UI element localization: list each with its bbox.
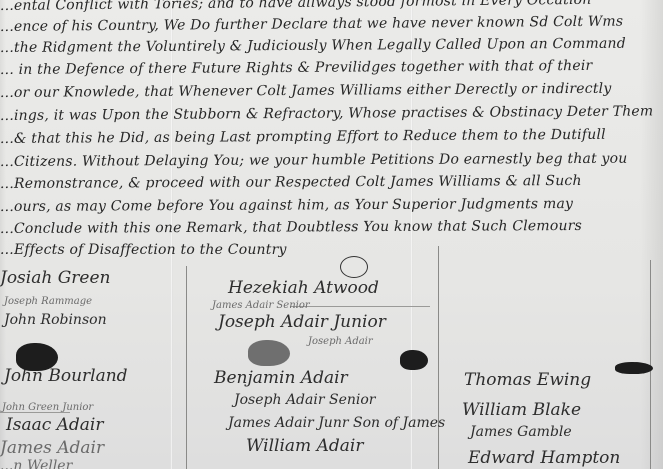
- signature: James Adair: [0, 438, 104, 458]
- ink-blot: [16, 343, 58, 371]
- signature: James Gamble: [470, 424, 572, 440]
- body-line: ...ours, as may Come before You against …: [0, 196, 573, 215]
- signature: Joseph Adair: [308, 336, 373, 347]
- signature: Hezekiah Atwood: [228, 278, 379, 298]
- signature: William Blake: [462, 400, 581, 420]
- signature: James Adair Senior: [212, 300, 310, 311]
- signature: Joseph Adair Junior: [218, 312, 386, 332]
- column-divider: [186, 266, 187, 469]
- signature: Joseph Adair Senior: [234, 392, 375, 408]
- signature: Josiah Green: [0, 268, 110, 288]
- body-line: ...Citizens. Without Delaying You; we yo…: [0, 151, 628, 170]
- signature: Benjamin Adair: [214, 368, 348, 388]
- ink-blot: [248, 340, 290, 366]
- signature: Thomas Ewing: [464, 370, 591, 390]
- ink-blot: [615, 362, 653, 374]
- body-line: ...Effects of Disaffection to the Countr…: [0, 242, 287, 258]
- signature: William Adair: [246, 436, 363, 456]
- ruled-line: [290, 306, 430, 307]
- column-divider: [438, 246, 439, 469]
- signature: ...n Weller: [0, 458, 72, 469]
- signature: John Green Junior: [2, 402, 93, 413]
- signature: Edward Hampton: [468, 448, 620, 468]
- seal-circle: [340, 256, 368, 278]
- signature: John Robinson: [4, 312, 107, 328]
- body-line: ...Conclude with this one Remark, that D…: [0, 218, 582, 237]
- signature: Isaac Adair: [6, 415, 104, 435]
- body-line: ...Remonstrance, & proceed with our Resp…: [0, 173, 582, 192]
- ink-blot: [400, 350, 428, 370]
- signature: James Adair Junr Son of James: [228, 415, 445, 431]
- signature: Joseph Rammage: [4, 296, 92, 307]
